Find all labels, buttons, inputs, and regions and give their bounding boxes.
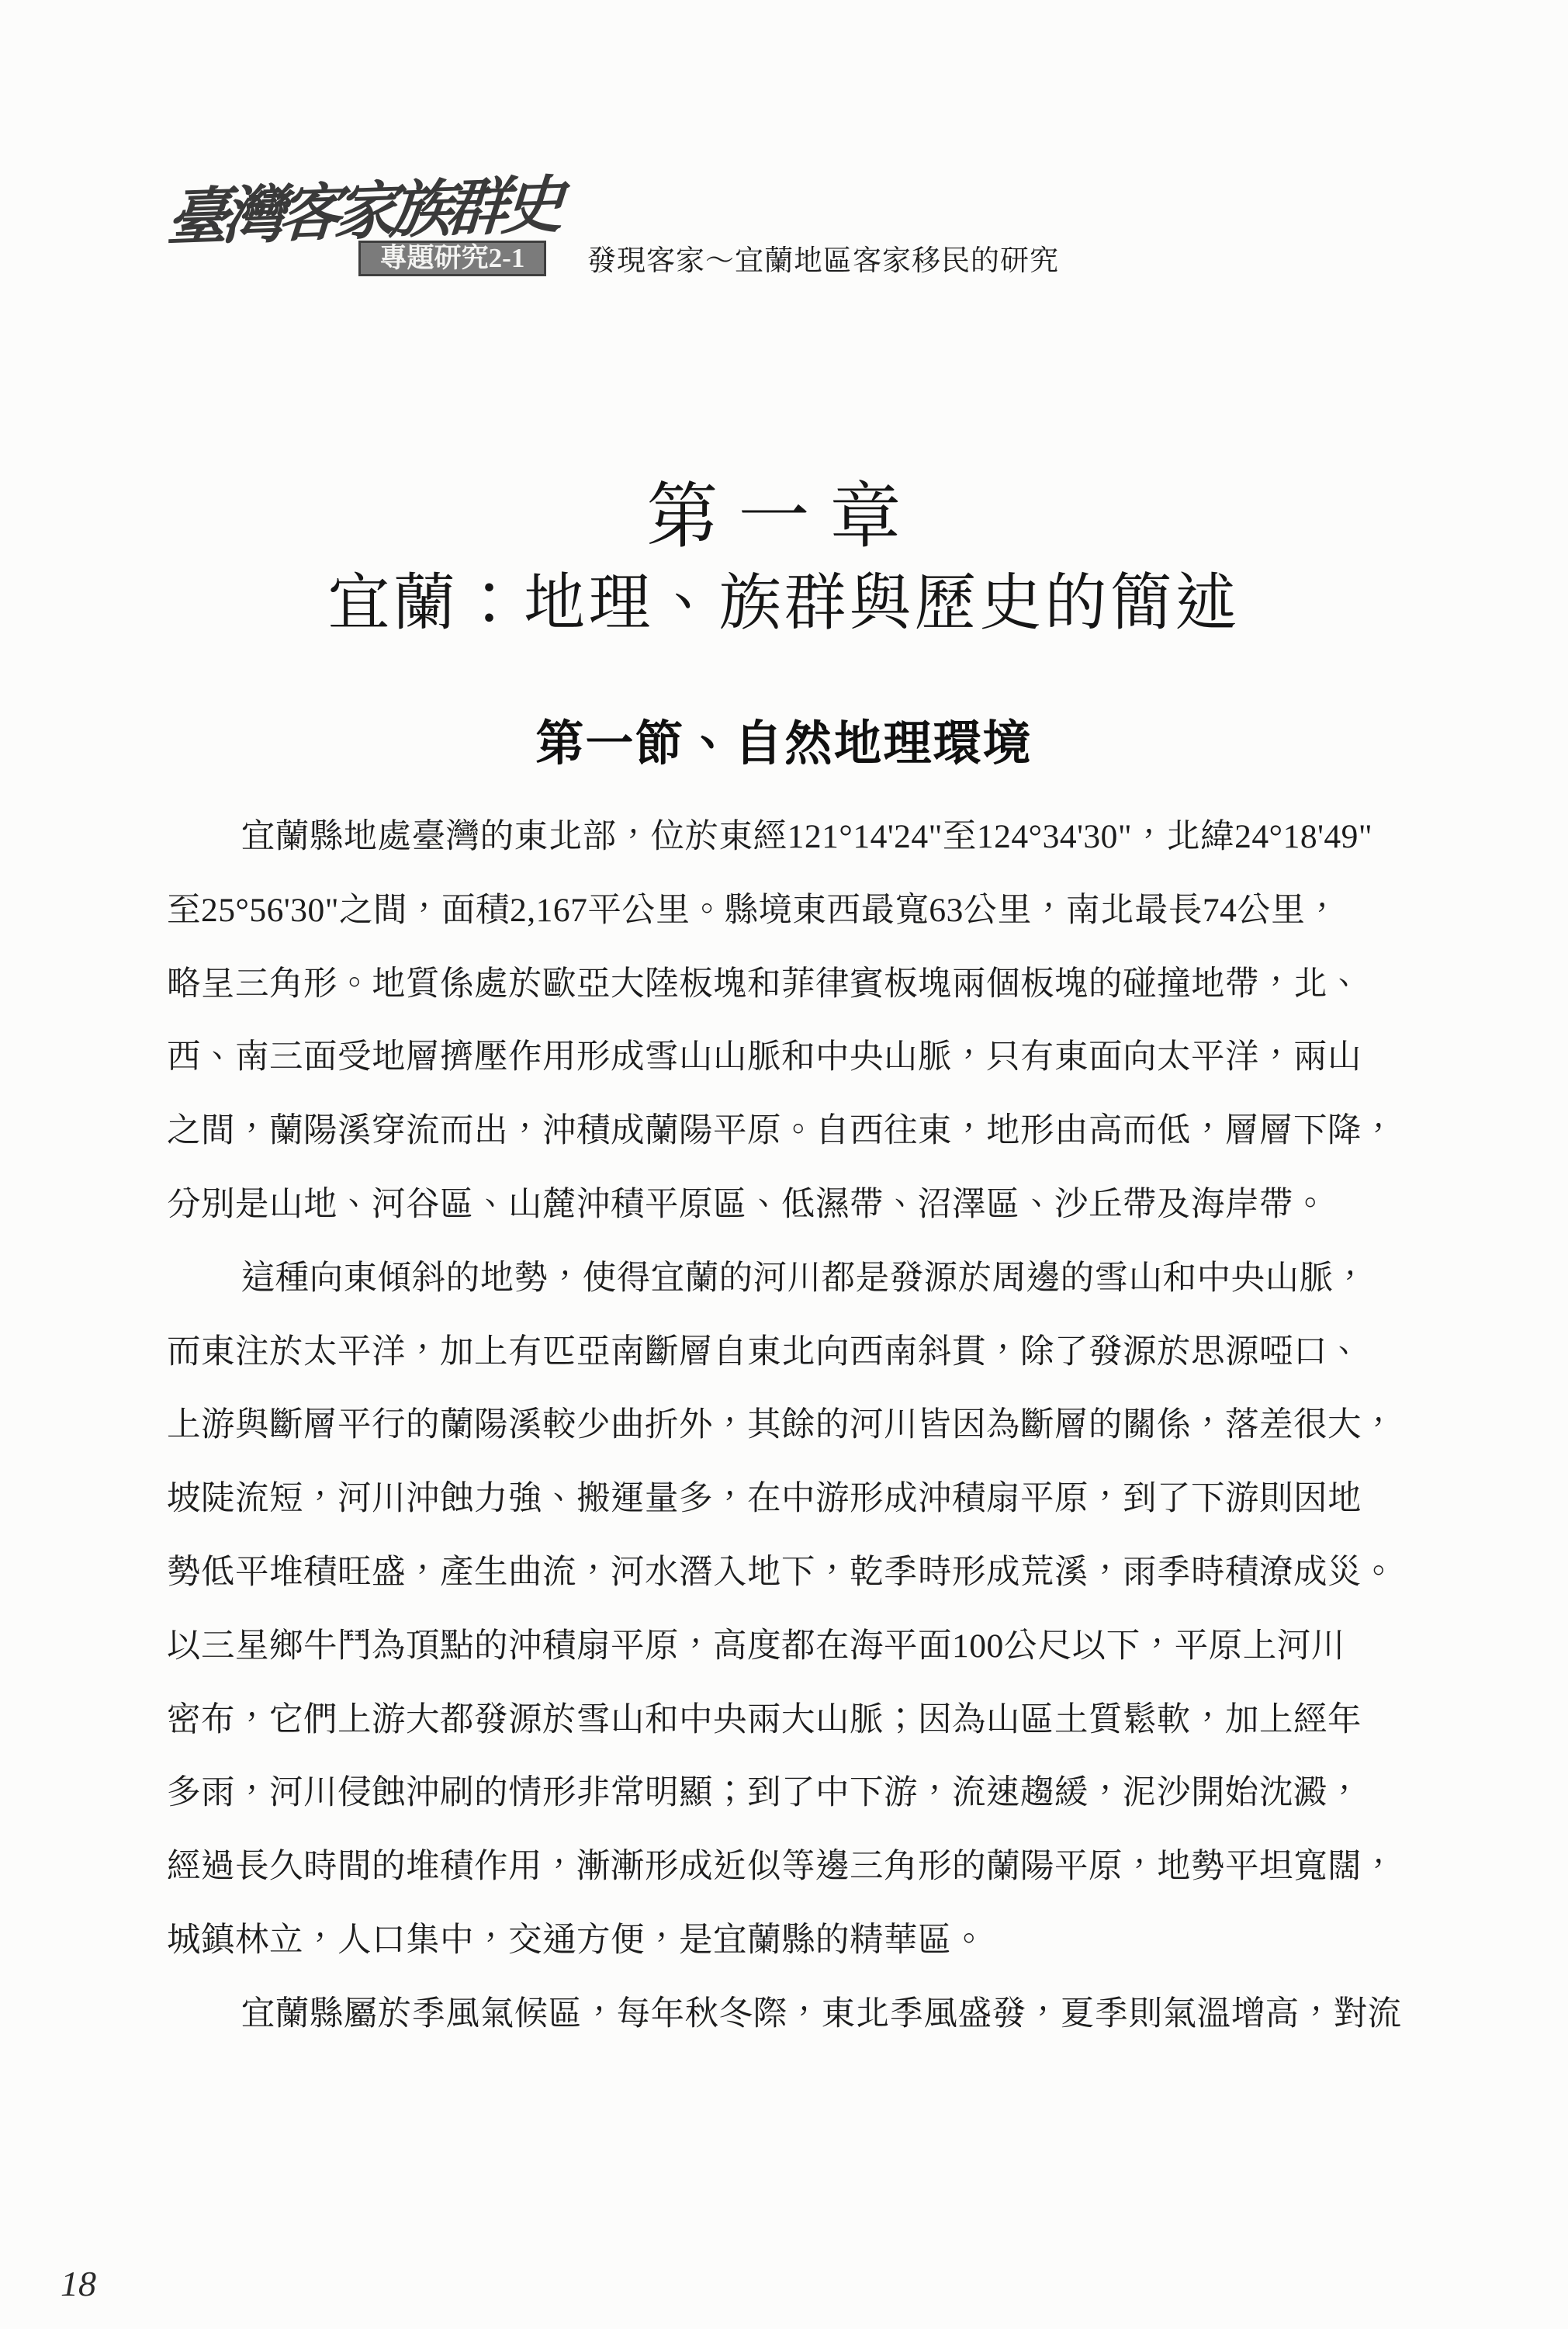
section-heading: 第一節、自然地理環境 bbox=[0, 705, 1568, 774]
body-line: 宜蘭縣地處臺灣的東北部，位於東經121°14'24"至124°34'30"，北緯… bbox=[167, 800, 1397, 874]
body-line: 至25°56'30"之間，面積2,167平公里。縣境東西最寬63公里，南北最長7… bbox=[167, 874, 1397, 948]
chapter-title: 宜蘭：地理、族群與歷史的簡述 bbox=[0, 553, 1568, 642]
volume-subtitle: 發現客家～宜蘭地區客家移民的研究 bbox=[587, 244, 1059, 279]
body-line: 之間，蘭陽溪穿流而出，沖積成蘭陽平原。自西往東，地形由高而低，層層下降， bbox=[167, 1094, 1397, 1168]
chapter-number: 第一章 bbox=[0, 459, 1568, 562]
body-line: 宜蘭縣屬於季風氣候區，每年秋冬際，東北季風盛發，夏季則氣溫增高，對流 bbox=[167, 1977, 1397, 2051]
body-line: 密布，它們上游大都發源於雪山和中央兩大山脈；因為山區土質鬆軟，加上經年 bbox=[167, 1683, 1397, 1757]
body-line: 坡陡流短，河川沖蝕力強、搬運量多，在中游形成沖積扇平原，到了下游則因地 bbox=[167, 1462, 1397, 1536]
body-line: 多雨，河川侵蝕沖刷的情形非常明顯；到了中下游，流速趨緩，泥沙開始沈澱， bbox=[167, 1756, 1397, 1830]
series-badge: 專題研究2-1 bbox=[358, 241, 546, 276]
body-line: 經過長久時間的堆積作用，漸漸形成近似等邊三角形的蘭陽平原，地勢平坦寬闊， bbox=[167, 1830, 1397, 1904]
body-line: 西、南三面受地層擠壓作用形成雪山山脈和中央山脈，只有東面向太平洋，兩山 bbox=[167, 1021, 1397, 1094]
body-line: 上游與斷層平行的蘭陽溪較少曲折外，其餘的河川皆因為斷層的關係，落差很大， bbox=[167, 1388, 1397, 1462]
body-line: 勢低平堆積旺盛，產生曲流，河水潛入地下，乾季時形成荒溪，雨季時積潦成災。 bbox=[167, 1536, 1397, 1610]
book-page: 臺灣客家族群史 專題研究2-1 發現客家～宜蘭地區客家移民的研究 第一章 宜蘭：… bbox=[0, 0, 1568, 2329]
body-line: 以三星鄉牛鬥為頂點的沖積扇平原，高度都在海平面100公尺以下，平原上河川 bbox=[167, 1610, 1397, 1683]
page-number: 18 bbox=[61, 2265, 96, 2303]
body-line: 分別是山地、河谷區、山麓沖積平原區、低濕帶、沼澤區、沙丘帶及海岸帶。 bbox=[167, 1168, 1397, 1242]
body-text: 宜蘭縣地處臺灣的東北部，位於東經121°14'24"至124°34'30"，北緯… bbox=[167, 800, 1397, 2051]
body-line: 而東注於太平洋，加上有匹亞南斷層自東北向西南斜貫，除了發源於思源啞口、 bbox=[167, 1315, 1397, 1389]
body-line: 這種向東傾斜的地勢，使得宜蘭的河川都是發源於周邊的雪山和中央山脈， bbox=[167, 1242, 1397, 1315]
body-line: 城鎮林立，人口集中，交通方便，是宜蘭縣的精華區。 bbox=[167, 1904, 1397, 1977]
body-line: 略呈三角形。地質係處於歐亞大陸板塊和菲律賓板塊兩個板塊的碰撞地帶，北、 bbox=[167, 948, 1397, 1021]
